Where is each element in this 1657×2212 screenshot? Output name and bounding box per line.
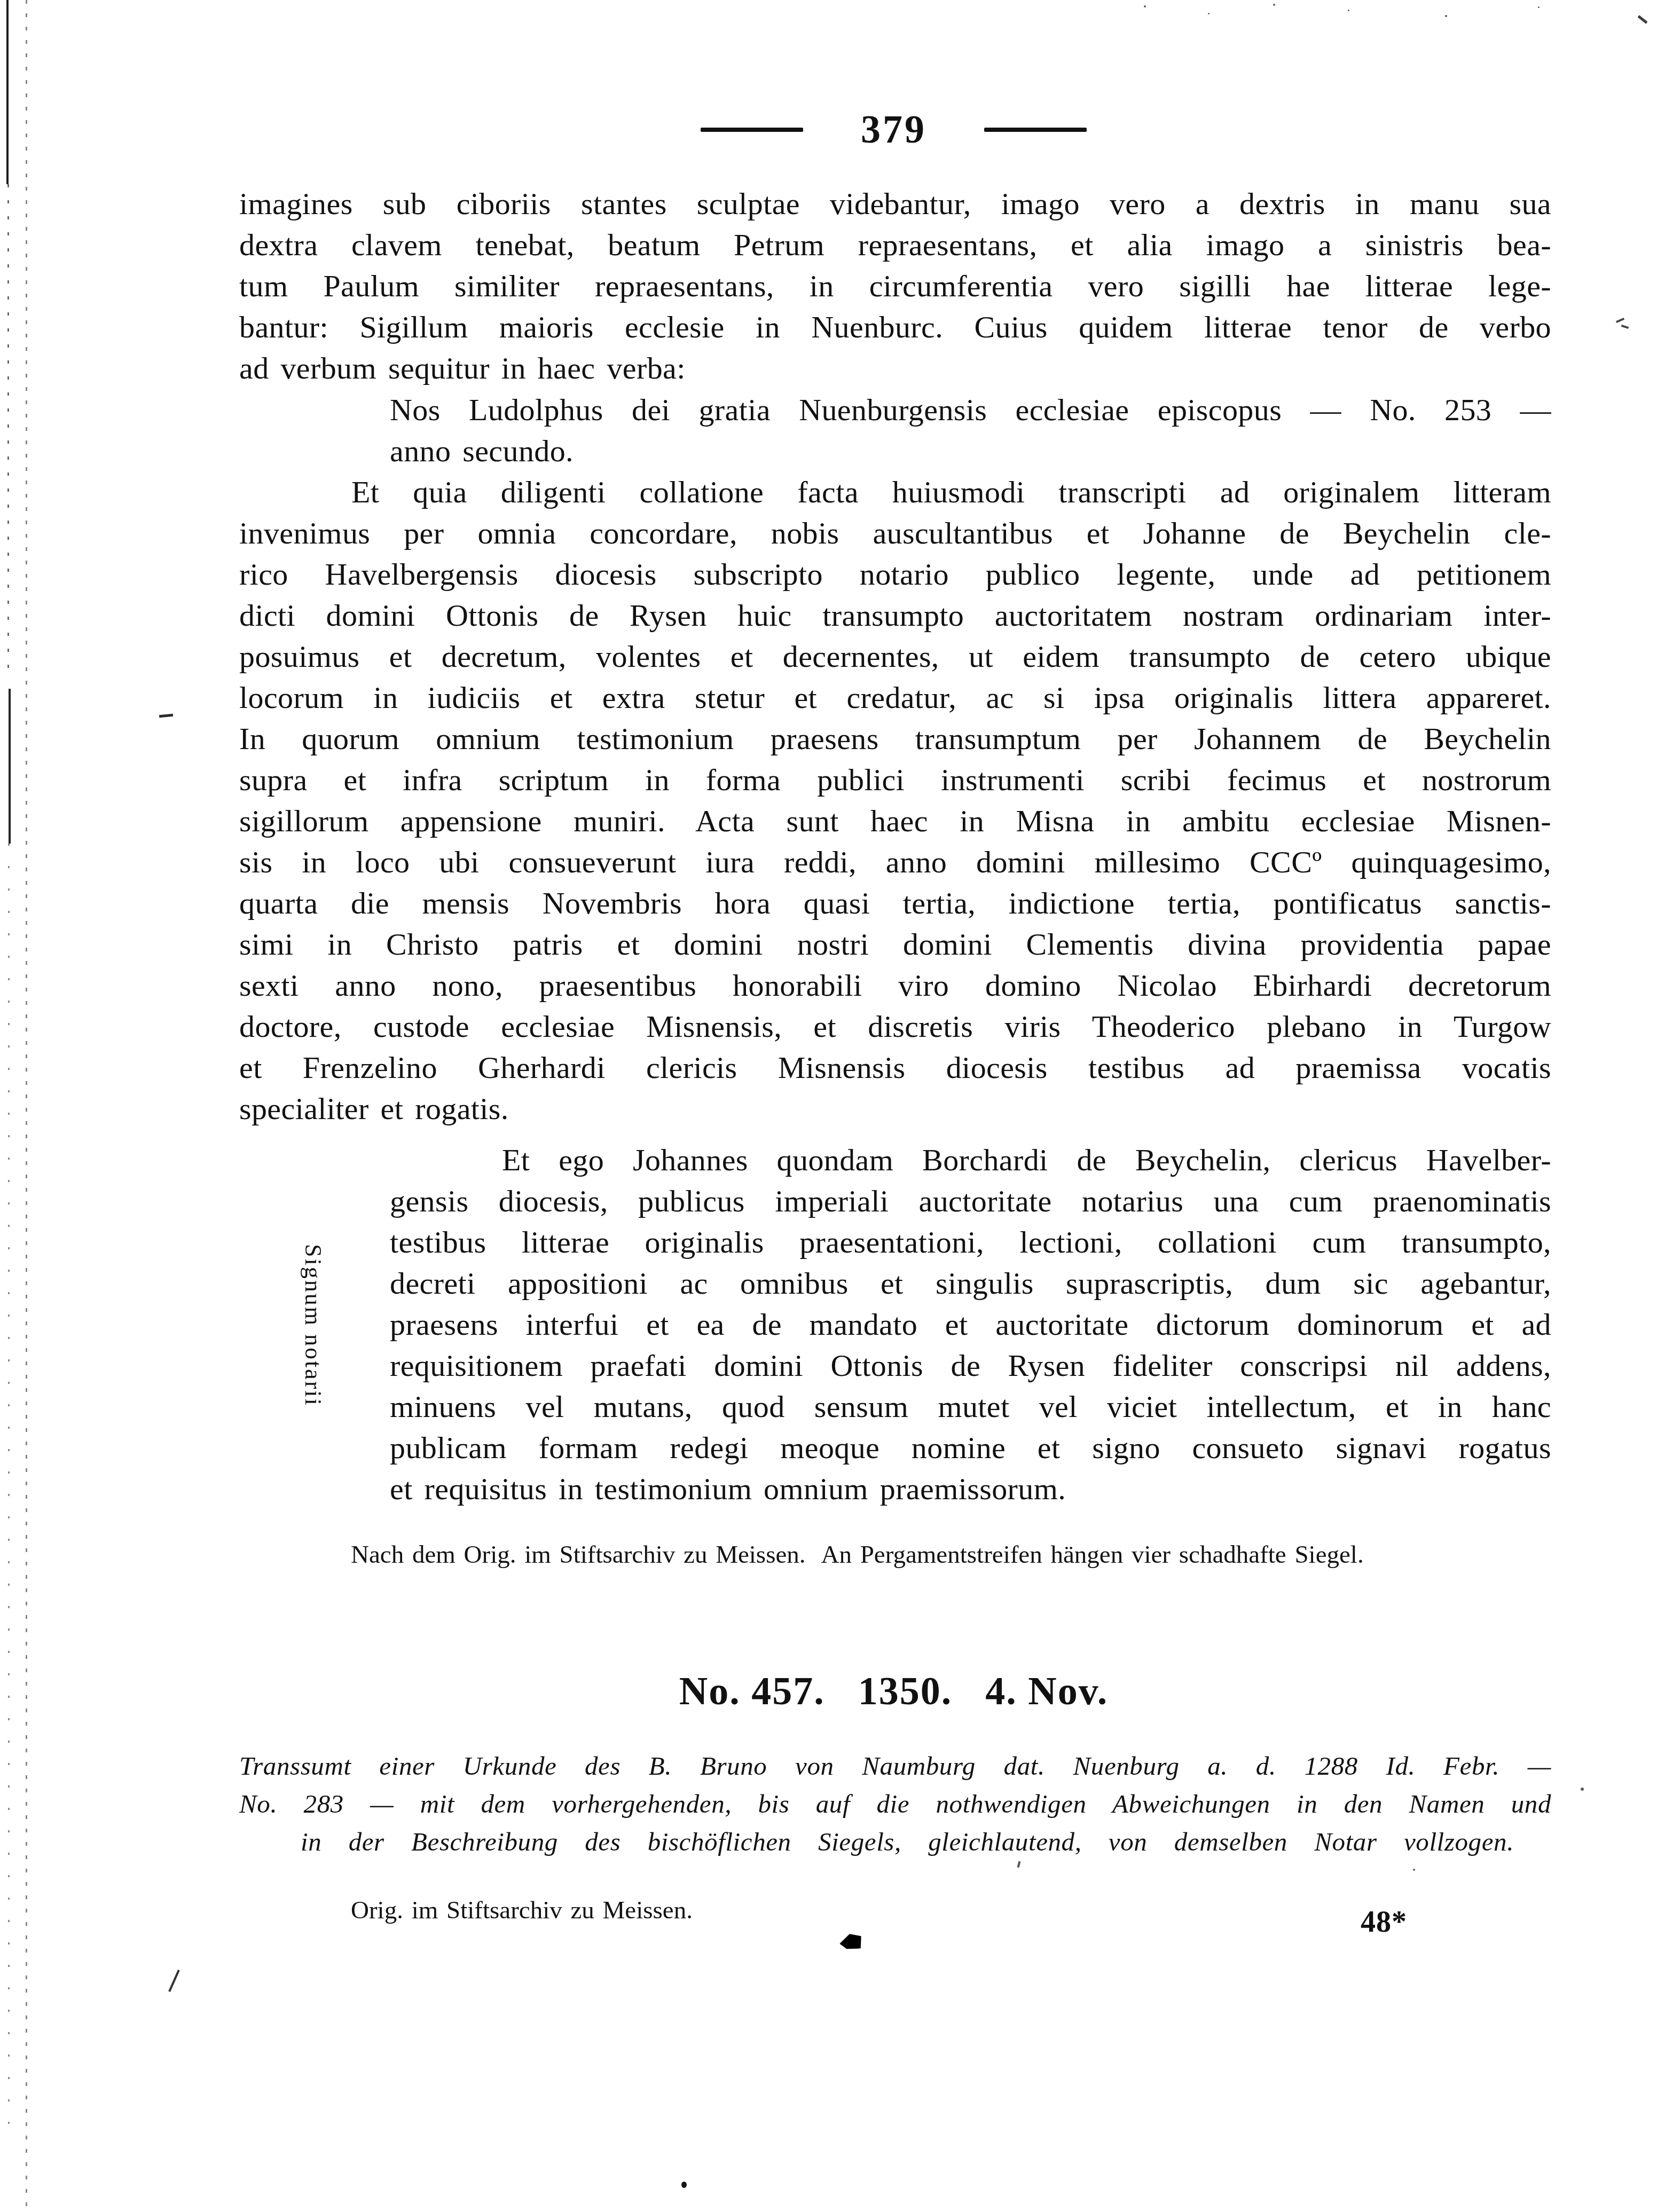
regest-paragraph: Transsumt einer Urkunde des B. Bruno von… <box>239 1747 1551 1861</box>
page-header: 379 <box>238 106 1550 154</box>
text-line: sigillorum appensione muniri. Acta sunt … <box>239 800 1551 841</box>
text-line: supra et infra scriptum in forma publici… <box>239 759 1551 800</box>
text-line: invenimus per omnia concordare, nobis au… <box>239 513 1551 554</box>
body-paragraph-continuation: imagines sub ciboriis stantes sculptae v… <box>239 183 1551 389</box>
scan-speck <box>1538 6 1540 8</box>
provenance-note: Orig. im Stiftsarchiv zu Meissen. <box>351 1894 693 1926</box>
text-line: in der Beschreibung des bischöflichen Si… <box>239 1823 1551 1861</box>
text-line: et requisitus in testimonium omnium prae… <box>390 1468 1551 1509</box>
scan-edge-line <box>8 844 10 2125</box>
entry-number: No. 457. <box>679 1667 825 1716</box>
stray-mark <box>681 2182 687 2188</box>
scan-speck <box>1144 5 1146 7</box>
scan-speck <box>1273 4 1275 6</box>
scan-speck <box>1348 10 1349 11</box>
text-line: locorum in iudiciis et extra stetur et c… <box>239 677 1551 718</box>
text-line: simi in Christo patris et domini nostri … <box>239 924 1551 965</box>
entry-date: 4. Nov. <box>985 1667 1108 1716</box>
margin-note-signum-notarii: Signum notarii <box>297 1244 329 1426</box>
stray-mark <box>1621 325 1629 329</box>
stray-mark <box>1616 318 1624 323</box>
stray-mark <box>1638 15 1648 23</box>
text-line: rico Havelbergensis diocesis subscripto … <box>239 554 1551 595</box>
text-line: requisitionem praefati domini Ottonis de… <box>390 1345 1551 1386</box>
scan-edge-line <box>9 689 11 844</box>
scan-edge-line <box>7 184 9 675</box>
signature-mark: 48* <box>1361 1905 1407 1939</box>
ink-blot <box>838 1932 863 1951</box>
text-line: dicti domini Ottonis de Rysen huic trans… <box>239 595 1551 636</box>
entry-heading: No. 457. 1350. 4. Nov. <box>238 1667 1550 1716</box>
scan-speck <box>1445 15 1447 17</box>
quoted-charter-block: Nos Ludolphus dei gratia Nuenburgensis e… <box>390 389 1551 471</box>
text-line: specialiter et rogatis. <box>239 1088 1551 1129</box>
entry-year: 1350. <box>858 1667 953 1716</box>
notary-subscription-paragraph: Et ego Johannes quondam Borchardi de Bey… <box>390 1139 1551 1509</box>
text-line: gensis diocesis, publicus imperiali auct… <box>390 1180 1551 1222</box>
scan-edge-line <box>6 0 9 184</box>
text-line: sis in loco ubi consueverunt iura reddi,… <box>239 841 1551 883</box>
text-line: Et ego Johannes quondam Borchardi de Bey… <box>390 1139 1551 1180</box>
scanned-book-page: 379 imagines sub ciboriis stantes sculpt… <box>0 0 1657 2212</box>
header-rule-right <box>984 128 1087 132</box>
text-line: et Frenzelino Gherhardi clericis Misnens… <box>239 1047 1551 1088</box>
text-line: Transsumt einer Urkunde des B. Bruno von… <box>239 1747 1551 1785</box>
text-line: publicam formam redegi meoque nomine et … <box>390 1427 1551 1468</box>
scan-speck <box>1413 1869 1415 1871</box>
header-rule-left <box>701 128 803 132</box>
text-line: decreti appositioni ac omnibus et singul… <box>390 1263 1551 1304</box>
text-line: posuimus et decretum, volentes et decern… <box>239 636 1551 677</box>
source-note: Nach dem Orig. im Stiftsarchiv zu Meisse… <box>351 1539 1364 1571</box>
text-line: tum Paulum similiter repraesentans, in c… <box>239 265 1551 306</box>
text-line: No. 283 — mit dem vorhergehenden, bis au… <box>239 1785 1551 1823</box>
text-line: sexti anno nono, praesentibus honorabili… <box>239 965 1551 1006</box>
text-line: imagines sub ciboriis stantes sculptae v… <box>239 183 1551 224</box>
text-line: bantur: Sigillum maioris ecclesie in Nue… <box>239 306 1551 348</box>
stray-mark <box>168 1970 180 1992</box>
body-paragraph-main: Et quia diligenti collatione facta huius… <box>239 471 1551 1129</box>
scan-speck <box>1208 13 1210 14</box>
text-line: doctore, custode ecclesiae Misnensis, et… <box>239 1006 1551 1047</box>
scan-speck <box>1581 1788 1584 1791</box>
text-line: anno secundo. <box>390 430 1551 471</box>
text-line: praesens interfui et ea de mandato et au… <box>390 1304 1551 1345</box>
text-line: ad verbum sequitur in haec verba: <box>239 348 1551 389</box>
text-line: quarta die mensis Novembris hora quasi t… <box>239 883 1551 924</box>
text-line: minuens vel mutans, quod sensum mutet ve… <box>390 1386 1551 1427</box>
scan-edge-line <box>26 0 27 2212</box>
stray-mark <box>159 714 173 718</box>
text-line: dextra clavem tenebat, beatum Petrum rep… <box>239 224 1551 265</box>
page-number: 379 <box>861 106 926 154</box>
stray-mark <box>1017 1861 1021 1868</box>
text-line: Et quia diligenti collatione facta huius… <box>239 471 1551 513</box>
text-line: In quorum omnium testimonium praesens tr… <box>239 718 1551 759</box>
text-line: testibus litterae originalis praesentati… <box>390 1222 1551 1263</box>
text-line: Nos Ludolphus dei gratia Nuenburgensis e… <box>390 389 1551 430</box>
